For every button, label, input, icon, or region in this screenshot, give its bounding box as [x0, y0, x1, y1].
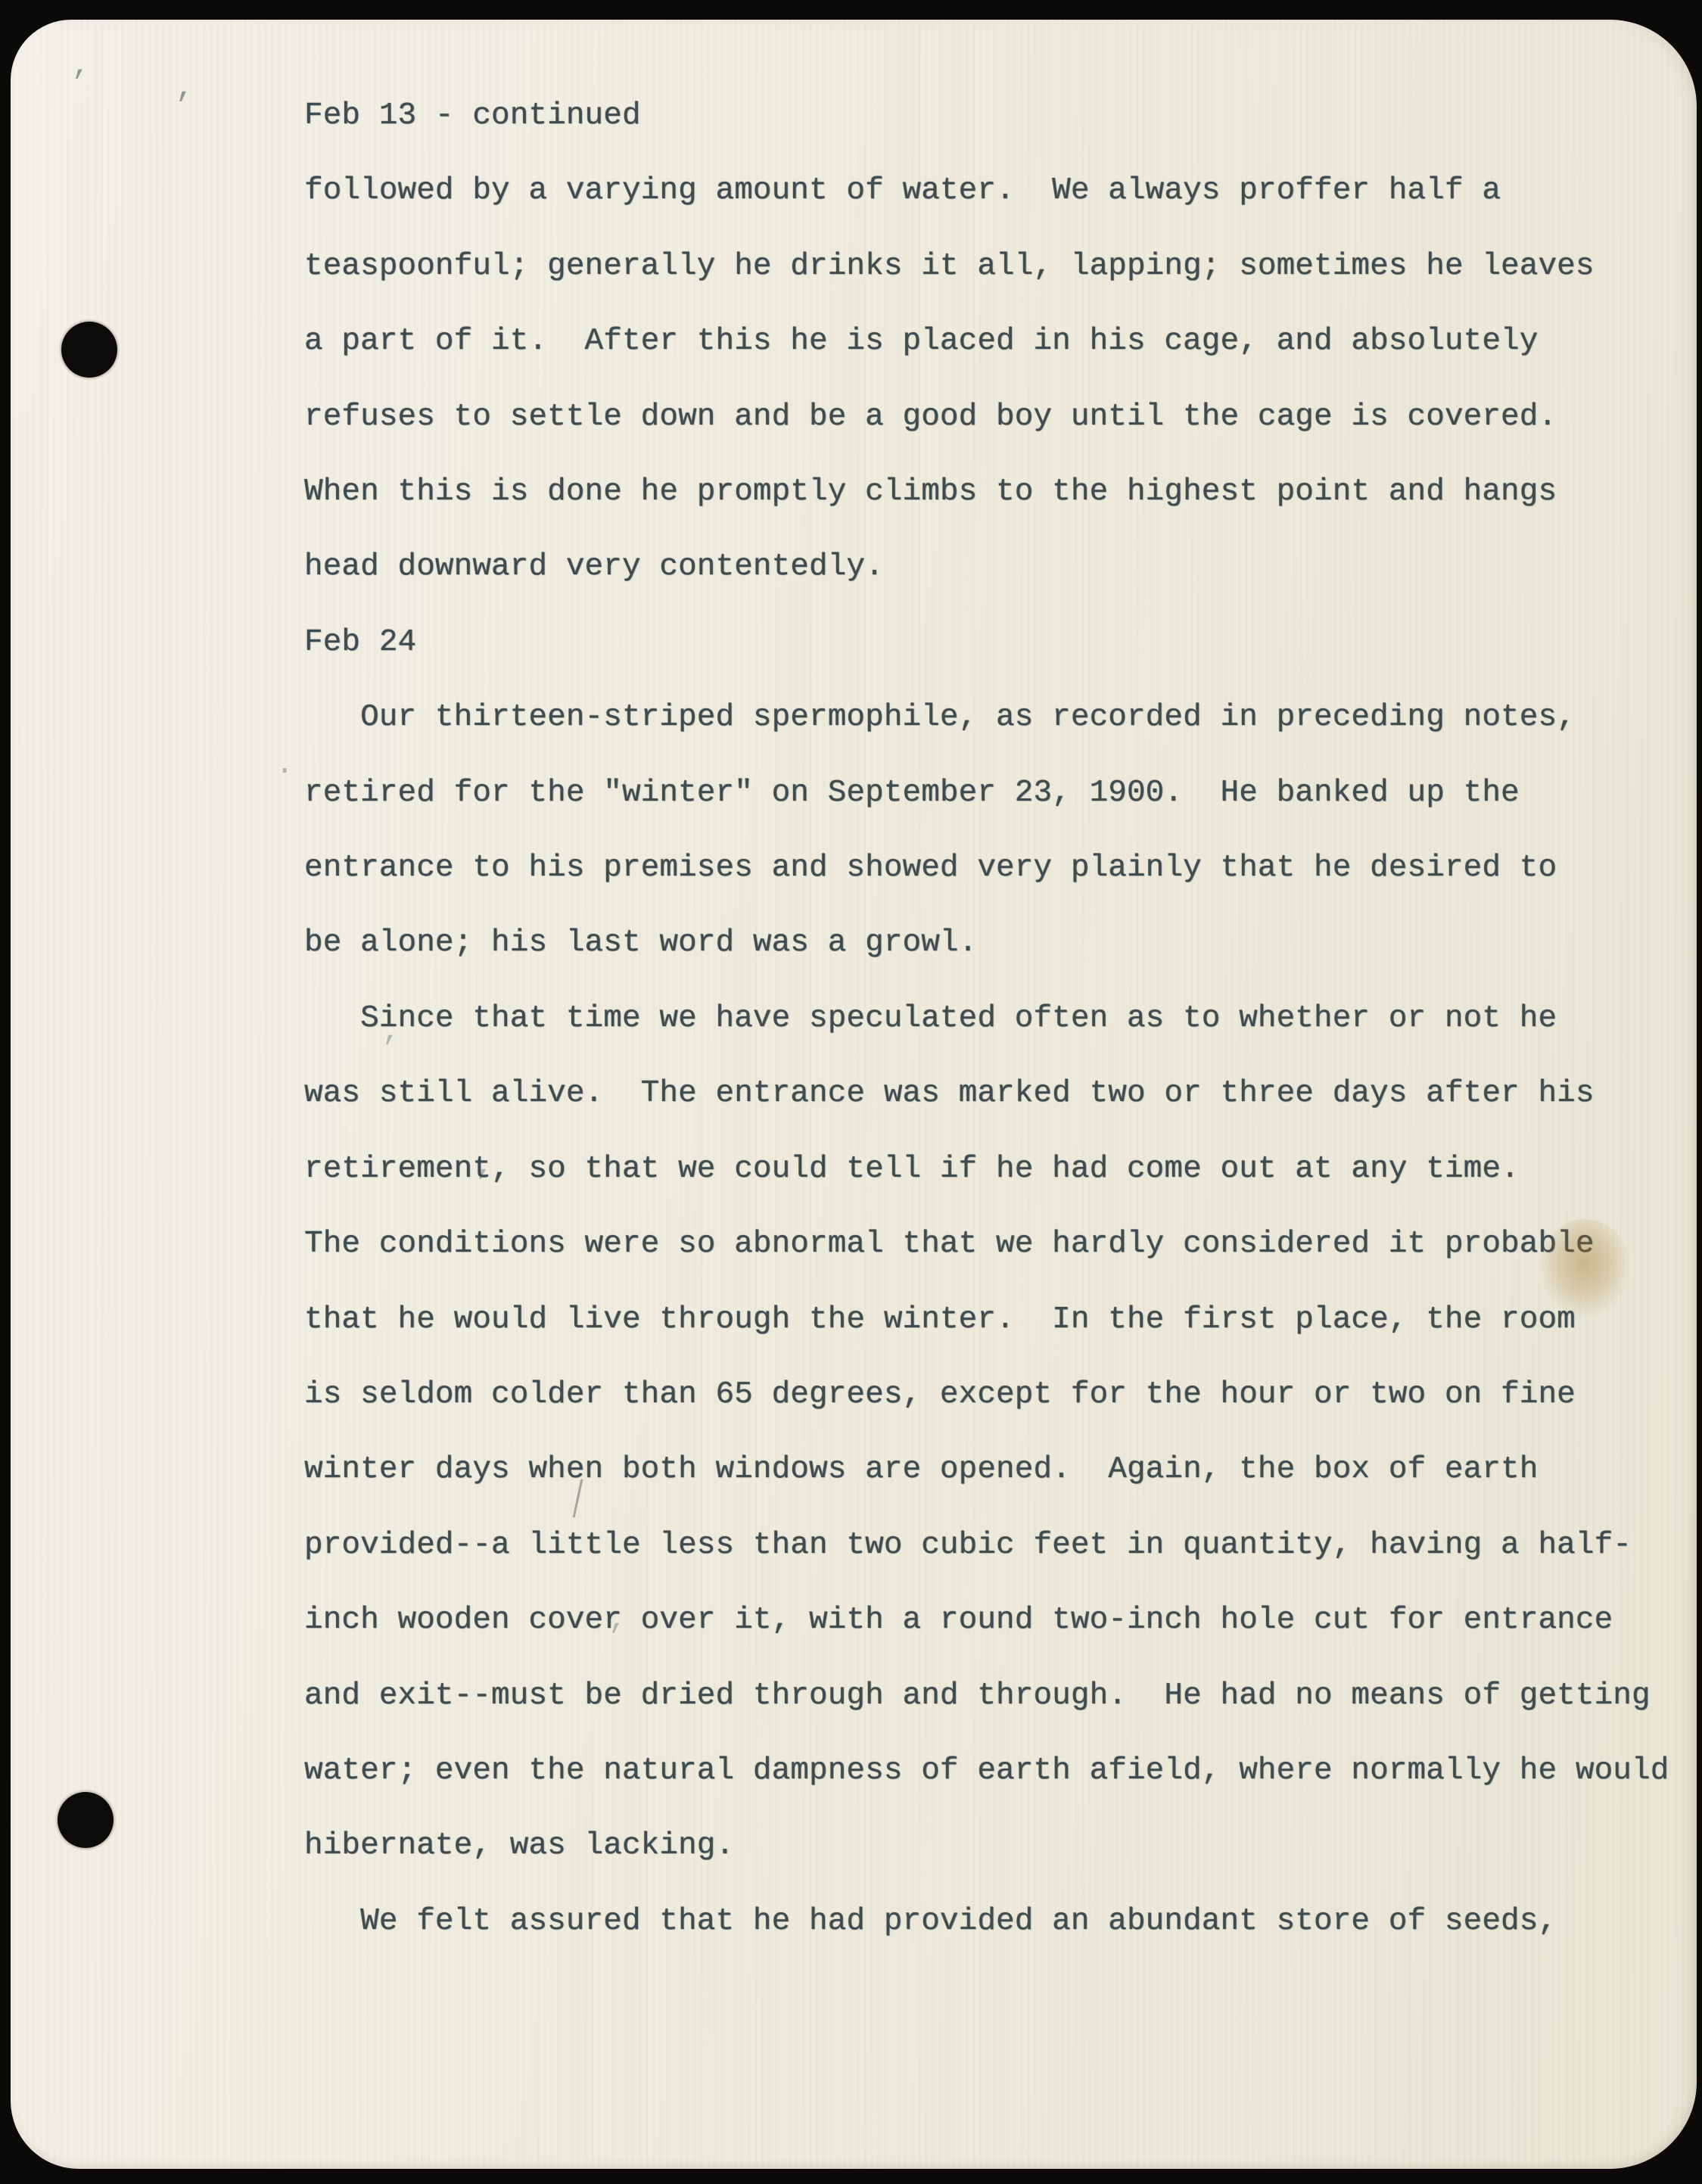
typed-line: refuses to settle down and be a good boy…: [304, 380, 1669, 455]
typed-line: winter days when both windows are opened…: [304, 1433, 1669, 1507]
typed-line: hibernate, was lacking.: [304, 1809, 1669, 1884]
typed-line: retirement, so that we could tell if he …: [304, 1132, 1669, 1207]
typed-line: water; even the natural dampness of eart…: [304, 1734, 1669, 1809]
typed-line: inch wooden cover over it, with a round …: [304, 1583, 1669, 1658]
hole-punch-top: [61, 322, 117, 378]
typed-line: The conditions were so abnormal that we …: [304, 1207, 1669, 1282]
typed-line: and exit--must be dried through and thro…: [304, 1659, 1669, 1734]
ink-speck: ,: [176, 71, 194, 106]
hole-punch-bottom: [58, 1792, 114, 1848]
ink-speck: ’: [70, 67, 89, 101]
typed-line: was still alive. The entrance was marked…: [304, 1056, 1669, 1131]
paper-stain: [1539, 1219, 1630, 1318]
ink-speck: ,: [475, 1149, 494, 1184]
paper-sheet: Feb 13 - continued followed by a varying…: [11, 20, 1697, 2169]
typed-line: retired for the "winter" on September 23…: [304, 756, 1669, 831]
typed-line: followed by a varying amount of water. W…: [304, 154, 1669, 229]
typed-line: head downward very contentedly.: [304, 530, 1669, 605]
typed-line: Since that time we have speculated often…: [304, 982, 1669, 1056]
typed-line-heading: Feb 13 - continued: [304, 79, 1669, 154]
typed-text-block: Feb 13 - continued followed by a varying…: [304, 79, 1669, 1959]
ink-speck: .: [275, 748, 294, 782]
typed-line: teaspoonful; generally he drinks it all,…: [304, 229, 1669, 304]
typed-line: that he would live through the winter. I…: [304, 1283, 1669, 1358]
ink-speck: ’: [380, 1032, 399, 1067]
typed-line: When this is done he promptly climbs to …: [304, 455, 1669, 530]
typed-line: We felt assured that he had provided an …: [304, 1884, 1669, 1959]
scanned-page: Feb 13 - continued followed by a varying…: [0, 0, 1702, 2184]
typed-line: Our thirteen-striped spermophile, as rec…: [304, 680, 1669, 755]
typed-line: is seldom colder than 65 degrees, except…: [304, 1358, 1669, 1433]
typed-line-subheading: Feb 24: [304, 605, 1669, 680]
typed-line: provided--a little less than two cubic f…: [304, 1508, 1669, 1583]
ink-speck: ,: [608, 1603, 627, 1638]
typed-line: entrance to his premises and showed very…: [304, 831, 1669, 906]
typed-line: a part of it. After this he is placed in…: [304, 304, 1669, 379]
typed-line: be alone; his last word was a growl.: [304, 906, 1669, 981]
